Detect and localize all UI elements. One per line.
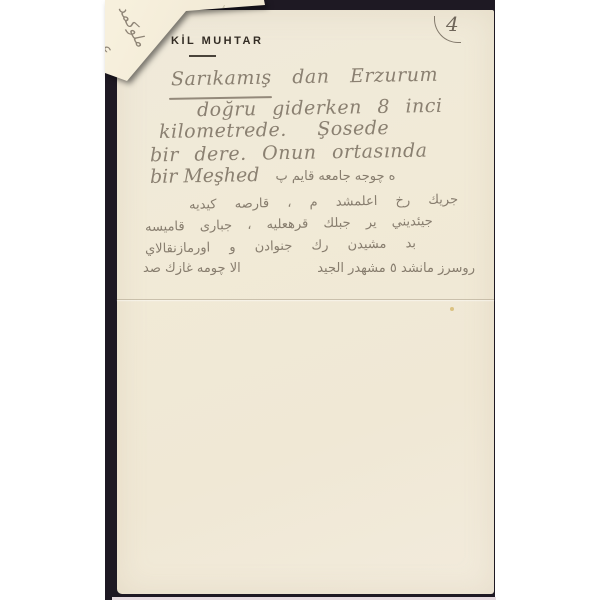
folded-corner-wrapper: ملوكمد عمرو THUM MUHTAR	[105, 0, 270, 95]
handwritten-line-5: bir Meşhed ه چوجه جامعه قايم پ	[150, 165, 395, 187]
line-1-rest: dan Erzurum	[292, 64, 438, 89]
folded-paper-corner: ملوكمد عمرو THUM MUHTAR	[105, 0, 270, 95]
ottoman-line-8: بد مشيدن رك جنوادن و اورمازنقالاي	[145, 236, 416, 257]
ottoman-line-7: جيئديني ير جبلك قرهعليه ، جبارى قاميسه	[145, 214, 433, 235]
fold-pencil-scribble: عمرو	[90, 18, 117, 55]
scanned-document-page: KİL MUHTAR 4 Sarıkamış dan Erzurum doğru…	[0, 0, 600, 600]
paper-stain-speck	[450, 307, 454, 311]
page-number: 4	[446, 12, 459, 36]
fold-pencil-scribble: ملوكمد	[115, 2, 151, 50]
horizontal-fold-crease	[117, 299, 494, 300]
line-9-right-segment: روسرز مانشد ٥ مشهدر الجيد	[317, 261, 475, 276]
ottoman-line-6: جريك رخ اعلمشد م ، قارصه كيديه	[189, 192, 458, 213]
mirrored-stamp-showthrough: MUHTAR	[165, 23, 200, 71]
manuscript-paper: KİL MUHTAR 4 Sarıkamış dan Erzurum doğru…	[117, 10, 494, 594]
ottoman-line-9: روسرز مانشد ٥ مشهدر الجيد الا چومه غازك …	[143, 261, 475, 276]
mirrored-stamp-showthrough: THUM	[205, 4, 231, 38]
line-9-left-segment: الا چومه غازك صد	[143, 261, 241, 276]
line-5-latin-part: bir Meşhed	[150, 164, 260, 188]
handwritten-line-3: kilometrede. Şosede	[159, 117, 390, 143]
handwritten-line-4: bir dere. Onun ortasında	[150, 140, 428, 167]
line-5-ottoman-part: ه چوجه جامعه قايم پ	[275, 169, 395, 187]
